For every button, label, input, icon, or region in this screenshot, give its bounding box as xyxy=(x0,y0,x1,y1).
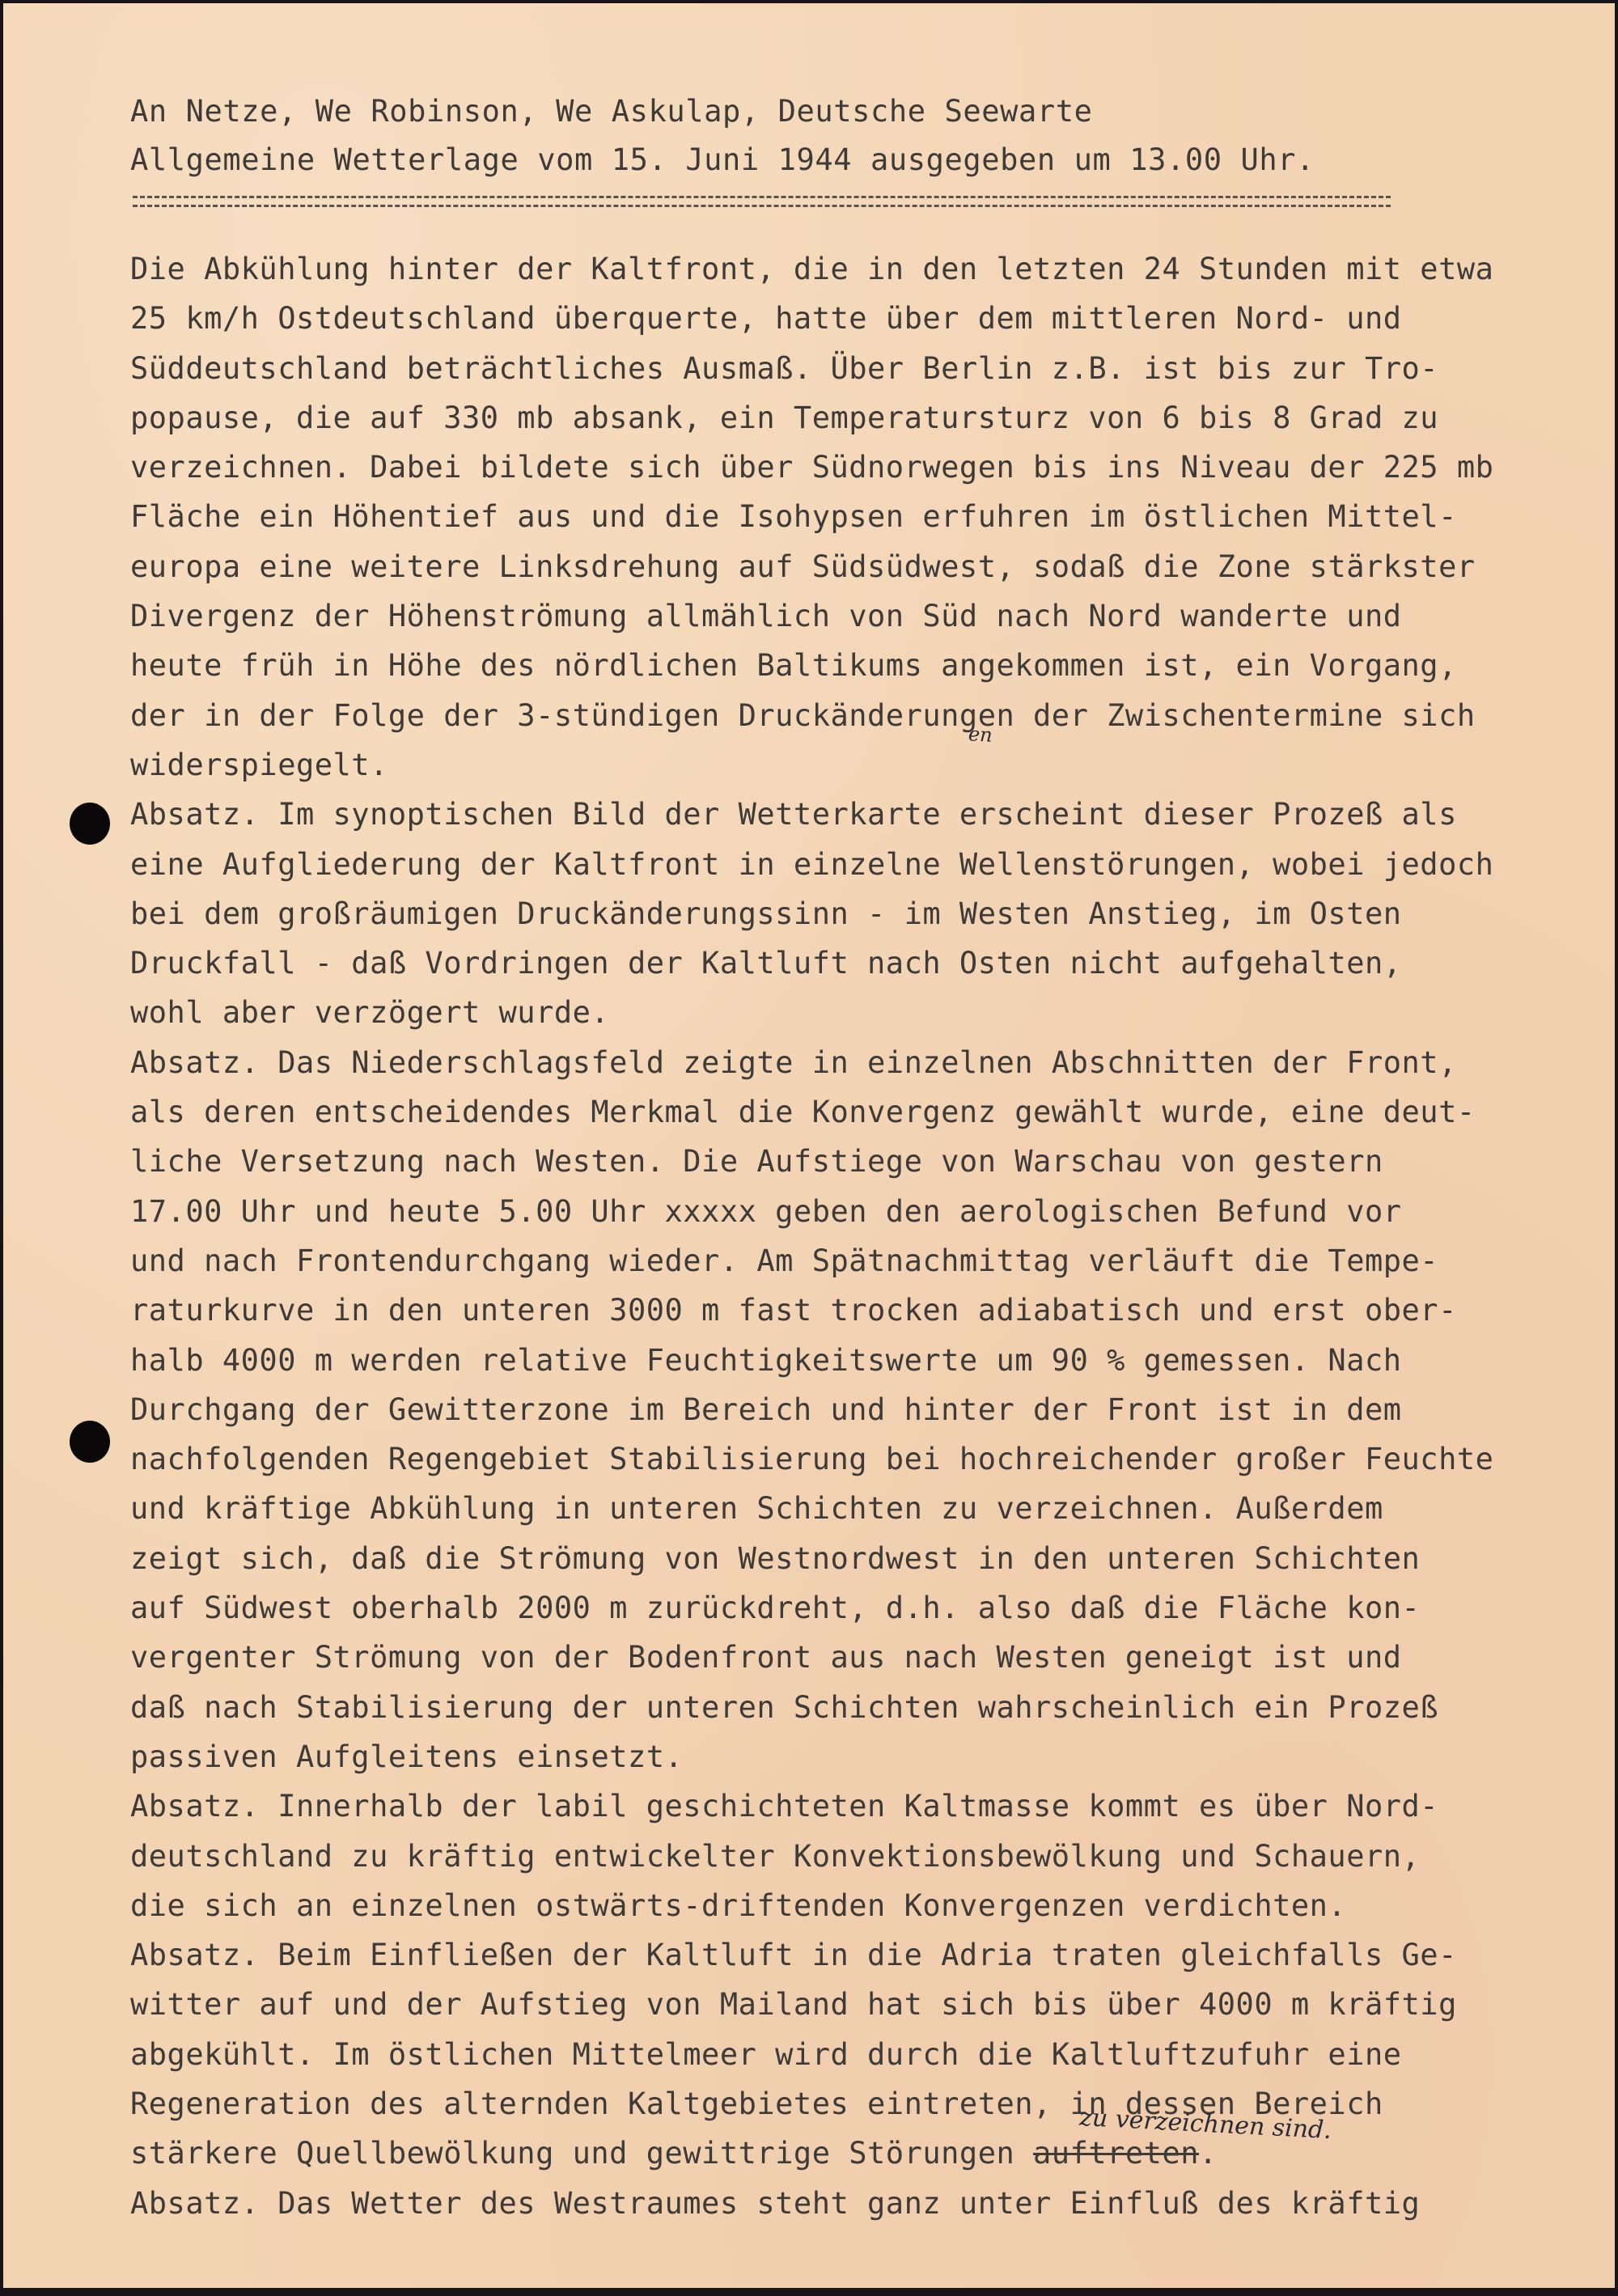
handwritten-correction: en xyxy=(968,722,993,747)
punch-hole-bottom xyxy=(70,1421,110,1463)
text-line: eine Aufgliederung der Kaltfront in einz… xyxy=(130,840,1493,889)
text-line: und kräftige Abkühlung in unteren Schich… xyxy=(130,1484,1493,1533)
paragraph-start: Absatz. Im synoptischen Bild der Wetterk… xyxy=(130,790,1493,839)
text-line: liche Versetzung nach Westen. Die Aufsti… xyxy=(130,1137,1493,1186)
period: . xyxy=(1199,2136,1218,2171)
body-text: Die Abkühlung hinter der Kaltfront, die … xyxy=(130,244,1493,2228)
struck-out-word: auftreten xyxy=(1033,2136,1199,2171)
text-line: Durchgang der Gewitterzone im Bereich un… xyxy=(130,1385,1493,1434)
text-line: Divergenz der Höhenströmung allmählich v… xyxy=(130,591,1493,641)
text-line: der in der Folge der 3-stündigen Druckän… xyxy=(130,691,1493,740)
paragraph-start: Absatz. Beim Einfließen der Kaltluft in … xyxy=(130,1930,1493,1980)
text-line: raturkurve in den unteren 3000 m fast tr… xyxy=(130,1286,1493,1335)
text-line: nachfolgenden Regengebiet Stabilisierung… xyxy=(130,1434,1493,1484)
text-line: 17.00 Uhr und heute 5.00 Uhr xxxxx geben… xyxy=(130,1187,1493,1236)
text-line: wohl aber verzögert wurde. xyxy=(130,988,1493,1037)
text-line: 25 km/h Ostdeutschland überquerte, hatte… xyxy=(130,294,1493,343)
text-line: passiven Aufgleitens einsetzt. xyxy=(130,1732,1493,1781)
text-line: abgekühlt. Im östlichen Mittelmeer wird … xyxy=(130,2030,1493,2079)
text-line: die sich an einzelnen ostwärts-driftende… xyxy=(130,1881,1493,1930)
text-line: deutschland zu kräftig entwickelter Konv… xyxy=(130,1832,1493,1881)
text-line: europa eine weitere Linksdrehung auf Süd… xyxy=(130,542,1493,591)
document-title: Allgemeine Wetterlage vom 15. Juni 1944 … xyxy=(130,142,1315,177)
text-line: widerspiegelt. xyxy=(130,740,1493,790)
text-line: zeigt sich, daß die Strömung von Westnor… xyxy=(130,1534,1493,1583)
text-line: auf Südwest oberhalb 2000 m zurückdreht,… xyxy=(130,1583,1493,1633)
text-line: witter auf und der Aufstieg von Mailand … xyxy=(130,1980,1493,2029)
document-page: An Netze, We Robinson, We Askulap, Deuts… xyxy=(3,3,1615,2288)
text-line: vergenter Strömung von der Bodenfront au… xyxy=(130,1633,1493,1682)
text-line: Die Abkühlung hinter der Kaltfront, die … xyxy=(130,244,1493,294)
recipients-line: An Netze, We Robinson, We Askulap, Deuts… xyxy=(130,94,1093,129)
text-line: heute früh in Höhe des nördlichen Baltik… xyxy=(130,641,1493,690)
text-line: halb 4000 m werden relative Feuchtigkeit… xyxy=(130,1336,1493,1385)
text-line: verzeichnen. Dabei bildete sich über Süd… xyxy=(130,443,1493,492)
punch-hole-top xyxy=(70,803,110,845)
paragraph-start: Absatz. Das Niederschlagsfeld zeigte in … xyxy=(130,1038,1493,1087)
paragraph-start: Absatz. Innerhalb der labil geschichtete… xyxy=(130,1781,1493,1831)
text-line: bei dem großräumigen Druckänderungssinn … xyxy=(130,889,1493,938)
text-line: popause, die auf 330 mb absank, ein Temp… xyxy=(130,393,1493,443)
double-rule-divider xyxy=(133,196,1391,207)
text-line: und nach Frontendurchgang wieder. Am Spä… xyxy=(130,1236,1493,1286)
paragraph-start: Absatz. Das Wetter des Westraumes steht … xyxy=(130,2179,1493,2228)
text-line: als deren entscheidendes Merkmal die Kon… xyxy=(130,1087,1493,1137)
text-segment: stärkere Quellbewölkung und gewittrige S… xyxy=(130,2136,1033,2171)
text-line: Druckfall - daß Vordringen der Kaltluft … xyxy=(130,938,1493,988)
text-line: daß nach Stabilisierung der unteren Schi… xyxy=(130,1683,1493,1732)
text-line: Süddeutschland beträchtliches Ausmaß. Üb… xyxy=(130,344,1493,393)
text-line: Fläche ein Höhentief aus und die Isohyps… xyxy=(130,492,1493,541)
